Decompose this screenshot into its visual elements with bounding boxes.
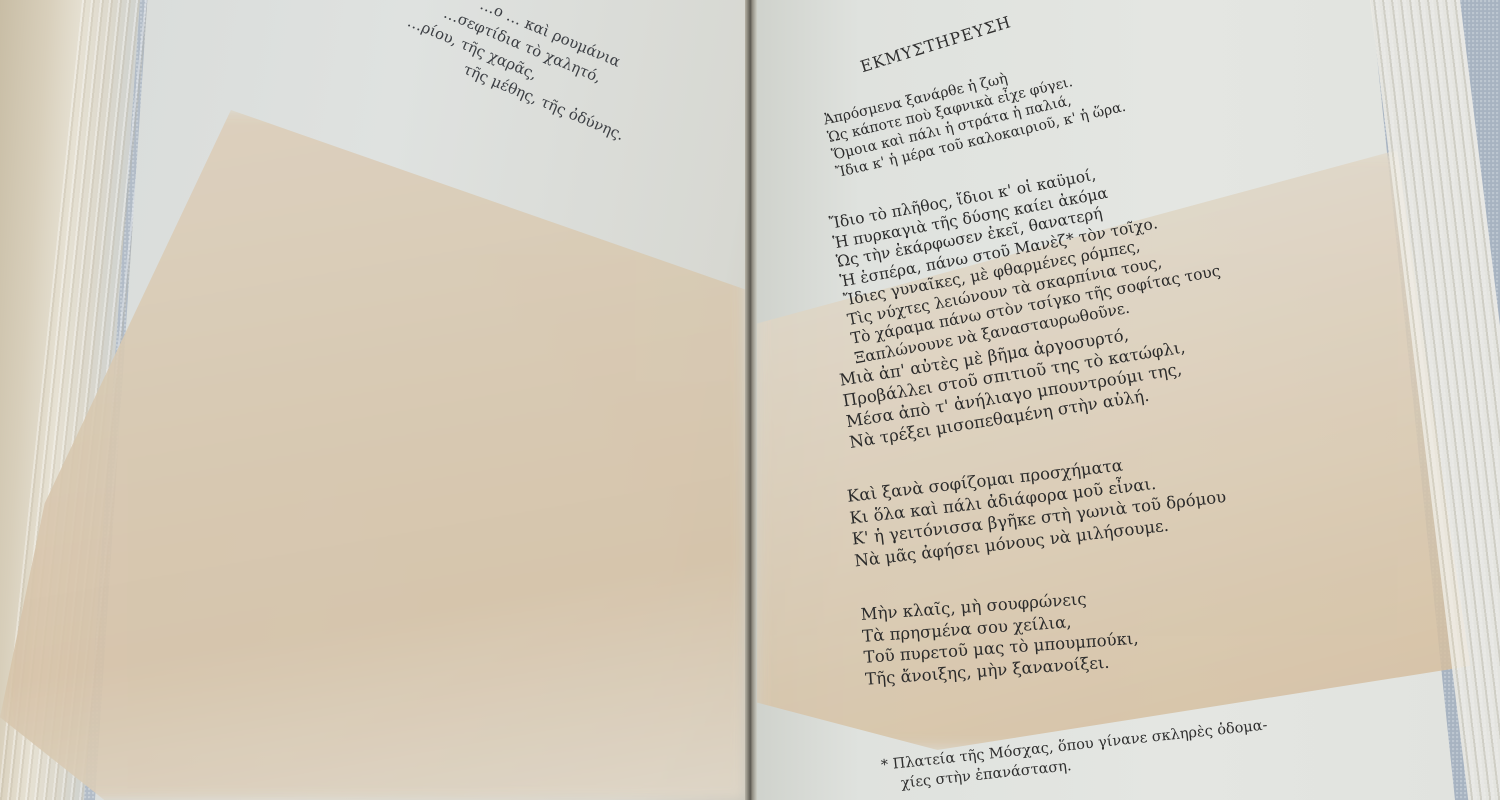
footnote-marker: * bbox=[880, 757, 889, 774]
book-gutter bbox=[745, 0, 757, 800]
